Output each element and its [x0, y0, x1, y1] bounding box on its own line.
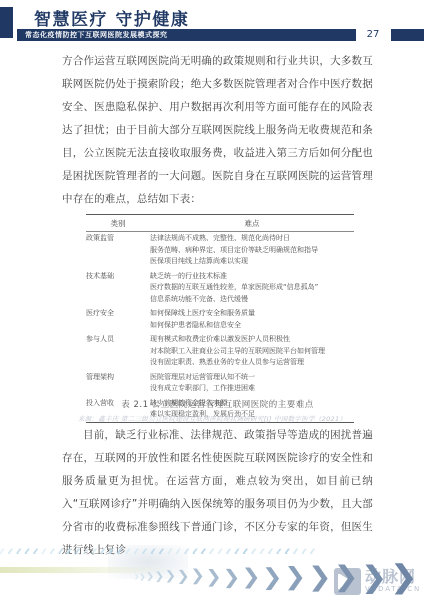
header-subtitle-bar: 常态化疫情防控下互联网医院发展模式探究 [17, 29, 356, 41]
table-source: 来源：鑫丰庆 第二三级公立医院建设互联网医院现状调研研究[J] 中国数字医学（2… [37, 414, 387, 423]
table-row: 医疗安全如何保障线上医疗安全和服务质量如何保护患者隐私和信息安全 [86, 307, 354, 333]
table-cell-category: 医疗安全 [86, 307, 150, 333]
table-cell-category: 参与人员 [86, 333, 150, 371]
difficulties-table-wrap: 类别 难点 政策监管法律法规尚不成熟、完整性、规范化尚待时日服务范畴、病种界定、… [86, 214, 354, 423]
header-accent-left [0, 7, 13, 38]
table-row: 政策监管法律法规尚不成熟、完整性、规范化尚待时日服务范畴、病种界定、项目定价等缺… [86, 231, 354, 269]
table-header-category: 类别 [86, 215, 150, 232]
body-paragraph-1: 方合作运营互联网医院尚无明确的政策规则和行业共识，大多数互联网医院仍处于摸索阶段… [62, 50, 373, 211]
table-cell-points: 医院管理层对运营管理认知不统一没有成立专职部门，工作推进困难 [150, 370, 354, 396]
table-header-difficulty: 难点 [150, 215, 354, 232]
table-row: 技术基础缺乏统一的行业技术标准医疗数据的互联互通性较差，单家医院形成“信息孤岛”… [86, 269, 354, 307]
table-cell-category: 政策监管 [86, 231, 150, 269]
difficulties-table: 类别 难点 政策监管法律法规尚不成熟、完整性、规范化尚待时日服务范畴、病种界定、… [86, 214, 354, 423]
table-cell-category: 管理架构 [86, 370, 150, 396]
table-row: 管理架构医院管理层对运营管理认知不统一没有成立专职部门，工作推进困难 [86, 370, 354, 396]
table-cell-points: 缺乏统一的行业技术标准医疗数据的互联互通性较差，单家医院形成“信息孤岛”信息系统… [150, 269, 354, 307]
table-cell-points: 现有模式和收费定价难以激发医护人员积极性对本院职工入驻商业公司主导的互联网医院平… [150, 333, 354, 371]
table-row: 参与人员现有模式和收费定价难以激发医护人员积极性对本院职工入驻商业公司主导的互联… [86, 333, 354, 371]
table-cell-points: 如何保障线上医疗安全和服务质量如何保护患者隐私和信息安全 [150, 307, 354, 333]
report-page: 智慧医疗 守护健康 常态化疫情防控下互联网医院发展模式探究 27 方合作运营互联… [0, 0, 424, 600]
page-title: 智慧医疗 守护健康 [34, 5, 189, 30]
table-cell-category: 技术基础 [86, 269, 150, 307]
header-accent-right [391, 29, 424, 41]
page-number: 27 [357, 28, 389, 41]
chevron-row-bottom-icon: ❯❯❯❯❯❯❯❯❯❯❯❯❯❯❯❯ [0, 554, 424, 600]
table-caption: 表 2.1 公立医院运营管理互联网医院的主要难点 [62, 398, 373, 410]
chevron-row-top-icon: ❮❮❮❮❮❮❮❮❮❮❮❮❮❮❮❮❮❮❮❮❮❮❮❮❮❮❮❮❮❮❮❮❮❮❮❮❮❮ [0, 541, 424, 554]
table-cell-points: 法律法规尚不成熟、完整性、规范化尚待时日服务范畴、病种界定、项目定价等缺乏明确规… [150, 231, 354, 269]
